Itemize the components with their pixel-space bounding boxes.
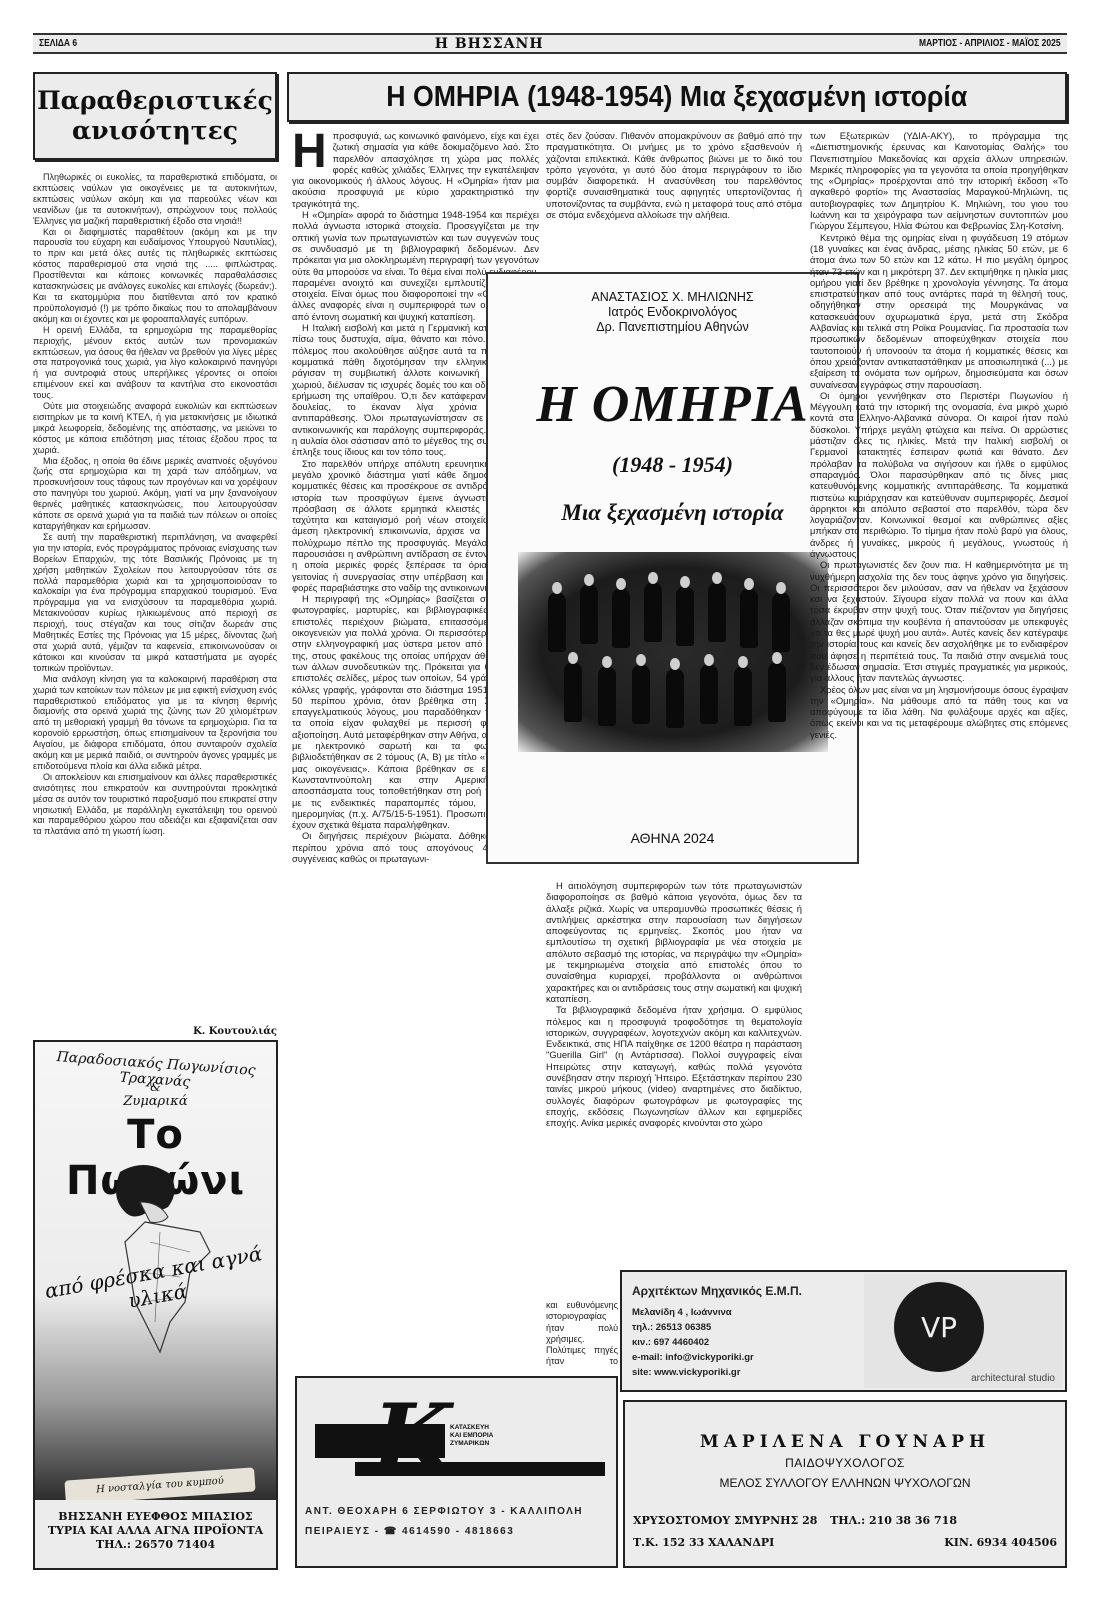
left-title-line1: Παραθεριστικές bbox=[37, 86, 273, 116]
paragraph: Οι πρωταγωνιστές δεν ζουν πια. Η καθημερ… bbox=[810, 559, 1068, 683]
ad-psy-contact: ΧΡΥΣΟΣΤΟΜΟΥ ΣΜΥΡΝΗΣ 28 ΤΗΛ.: 210 38 36 7… bbox=[633, 1510, 1057, 1554]
book-subtitle: Μια ξεχασμένη ιστορία bbox=[488, 500, 857, 526]
vp-logo-icon: VP bbox=[894, 1282, 984, 1372]
newspaper-name: Η ΒΗΣΣΑΝΗ bbox=[435, 36, 544, 52]
book-years: (1948 - 1954) bbox=[488, 452, 857, 478]
paragraph: Ούτε μια στοιχειώδης αναφορά ευκολιών κα… bbox=[33, 401, 277, 456]
paragraph: Τα βιβλιογραφικά δεδομένα ήταν χρήσιμα. … bbox=[546, 1004, 802, 1128]
ad-psy-street: ΧΡΥΣΟΣΤΟΜΟΥ ΣΜΥΡΝΗΣ 28 bbox=[633, 1510, 817, 1532]
paragraph: προσφυγιά, ως κοινωνικό φαινόμενο, είχε … bbox=[292, 130, 539, 209]
issue-date: ΜΑΡΤΙΟΣ - ΑΠΡΙΛΙΟΣ - ΜΑΪΟΣ 2025 bbox=[919, 38, 1061, 49]
book-author-degree: Δρ. Πανεπιστημίου Αθηνών bbox=[488, 320, 857, 335]
main-article-column-3: των Εξωτερικών (ΥΔΙΑ-ΑΚΥ), το πρόγραμμα … bbox=[810, 130, 1068, 1252]
ad-architect-info: Αρχιτέκτων Μηχανικός Ε.Μ.Π. Μελανίδη 4 ,… bbox=[622, 1272, 862, 1390]
ad-architect-mobile: κιν.: 697 4460402 bbox=[632, 1335, 852, 1350]
paragraph: Σε αυτή την παραθεριστική περιπλάνηση, ν… bbox=[33, 532, 277, 674]
drop-cap: Η bbox=[292, 132, 327, 172]
paragraph: Πληθωρικές οι ευκολίες, τα παραθεριστικά… bbox=[33, 172, 277, 227]
ad-architect-phone: τηλ.: 26513 06385 bbox=[632, 1320, 852, 1335]
left-article: Παραθεριστικές ανισότητες Πληθωρικές οι … bbox=[33, 72, 277, 1037]
ad-mill-side-line3: ΖΥΜΑΡΙΚΩΝ bbox=[450, 1440, 493, 1448]
ad-mill-address-line2: ΠΕΙΡΑΙΕΥΣ - ☎ 4614590 - 4818663 bbox=[305, 1522, 613, 1542]
ad-architect-heading: Αρχιτέκτων Μηχανικός Ε.Μ.Π. bbox=[632, 1284, 852, 1299]
main-article-column-2-top: στές δεν ζούσαν. Πιθανόν απομακρύνουν σε… bbox=[546, 130, 802, 260]
book-author-name: ΑΝΑΣΤΑΣΙΟΣ Χ. ΜΗΛΙΩΝΗΣ bbox=[488, 290, 857, 305]
pasta-maker-logo-icon: K ΚΑΤΑΣΚΕΥΗ ΚΑΙ ΕΜΠΟΡΙΑ ΖΥΜΑΡΙΚΩΝ bbox=[315, 1396, 605, 1488]
main-article-title: Η ΟΜΗΡΙΑ (1948-1954) Μια ξεχασμένη ιστορ… bbox=[287, 72, 1067, 122]
main-article-column-2-narrow: και ευθυνόμενης ιστοριογραφίας ήταν πολύ… bbox=[546, 1300, 618, 1368]
ad-footer-line3: ΤΗΛ.: 26570 71404 bbox=[35, 1538, 276, 1552]
ad-mill-address-line1: ΑΝΤ. ΘΕΟΧΑΡΗ 6 ΣΕΡΦΙΩΤΟΥ 3 - ΚΑΛΛΙΠΟΛΗ bbox=[305, 1502, 613, 1522]
ad-footer-line2: ΤΥΡΙΑ ΚΑΙ ΑΛΛΑ ΑΓΝΑ ΠΡΟΪΟΝΤΑ bbox=[35, 1524, 276, 1538]
ad-psy-membership: ΜΕΛΟΣ ΣΥΛΛΟΓΟΥ ΕΛΛΗΝΩΝ ΨΥΧΟΛΟΓΩΝ bbox=[625, 1476, 1065, 1490]
left-article-author: Κ. Κουτουλιάς bbox=[33, 1026, 277, 1037]
paragraph: Και οι διαφημιστές παραθέτουν (ακόμη και… bbox=[33, 227, 277, 325]
ad-line2: & bbox=[35, 1080, 276, 1094]
ad-psy-name: ΜΑΡΙΛΕΝΑ ΓΟΥΝΑΡΗ bbox=[625, 1432, 1065, 1452]
paragraph: των Εξωτερικών (ΥΔΙΑ-ΑΚΥ), το πρόγραμμα … bbox=[810, 130, 1068, 232]
ad-footer-line1: ΒΗΣΣΑΝΗ ΕΥΕΦΘΟΣ ΜΠΑΣΙΟΣ bbox=[35, 1510, 276, 1524]
book-author-block: ΑΝΑΣΤΑΣΙΟΣ Χ. ΜΗΛΙΩΝΗΣ Ιατρός Ενδοκρινολ… bbox=[488, 290, 857, 335]
ad-line3: Ζυμαρικά bbox=[35, 1094, 276, 1109]
ad-architect-tagline: architectural studio bbox=[971, 1373, 1055, 1384]
ad-psychologist[interactable]: ΜΑΡΙΛΕΝΑ ΓΟΥΝΑΡΗ ΠΑΙΔΟΨΥΧΟΛΟΓΟΣ ΜΕΛΟΣ ΣΥ… bbox=[623, 1400, 1067, 1568]
book-title: Η ΟΜΗΡΙΑ bbox=[488, 375, 857, 434]
ad-psy-postal: Τ.Κ. 152 33 ΧΑΛΑΝΔΡΙ bbox=[633, 1532, 774, 1554]
ad-architect-address: Μελανίδη 4 , Ιωάννινα bbox=[632, 1305, 852, 1320]
main-title-text: Η ΟΜΗΡΙΑ (1948-1954) Μια ξεχασμένη ιστορ… bbox=[386, 81, 967, 114]
book-author-title: Ιατρός Ενδοκρινολόγος bbox=[488, 305, 857, 320]
ad-footer: ΒΗΣΣΑΝΗ ΕΥΕΦΘΟΣ ΜΠΑΣΙΟΣ ΤΥΡΙΑ ΚΑΙ ΑΛΛΑ Α… bbox=[35, 1500, 276, 1568]
paragraph: Οι αποκλείουν και επισημαίνουν και άλλες… bbox=[33, 772, 277, 837]
ad-mill-address: ΑΝΤ. ΘΕΟΧΑΡΗ 6 ΣΕΡΦΙΩΤΟΥ 3 - ΚΑΛΛΙΠΟΛΗ Π… bbox=[305, 1502, 613, 1542]
main-article-column-2-bottom: Η αιτιολόγηση συμπεριφορών των τότε πρωτ… bbox=[546, 880, 802, 1300]
page-masthead: ΣΕΛΙΔΑ 6 Η ΒΗΣΣΑΝΗ ΜΑΡΤΙΟΣ - ΑΠΡΙΛΙΟΣ - … bbox=[33, 33, 1067, 54]
paragraph: στές δεν ζούσαν. Πιθανόν απομακρύνουν σε… bbox=[546, 130, 802, 220]
ad-psy-role: ΠΑΙΔΟΨΥΧΟΛΟΓΟΣ bbox=[625, 1456, 1065, 1470]
left-title-line2: ανισότητες bbox=[72, 116, 238, 146]
ad-architect-site[interactable]: site: www.vickyporiki.gr bbox=[632, 1365, 852, 1380]
book-cover-image: ΑΝΑΣΤΑΣΙΟΣ Χ. ΜΗΛΙΩΝΗΣ Ιατρός Ενδοκρινολ… bbox=[486, 272, 859, 864]
ad-architect-email[interactable]: e-mail: info@vickyporiki.gr bbox=[632, 1350, 852, 1365]
ad-pasta-maker[interactable]: K ΚΑΤΑΣΚΕΥΗ ΚΑΙ ΕΜΠΟΡΙΑ ΖΥΜΑΡΙΚΩΝ ΑΝΤ. Θ… bbox=[295, 1376, 618, 1568]
paragraph: Η ορεινή Ελλάδα, τα ερημοχώρια της παραμ… bbox=[33, 325, 277, 401]
paragraph: Μια ανάλογη κίνηση για τα καλοκαιρινή πα… bbox=[33, 674, 277, 772]
group-photo bbox=[518, 552, 828, 752]
ad-architect[interactable]: Αρχιτέκτων Μηχανικός Ε.Μ.Π. Μελανίδη 4 ,… bbox=[620, 1270, 1067, 1392]
paragraph: Οι όμηροι γεννήθηκαν στο Περιστέρι Πωγων… bbox=[810, 390, 1068, 559]
ad-mill-side-line1: ΚΑΤΑΣΚΕΥΗ bbox=[450, 1424, 493, 1432]
paragraph: Χρέος όλων μας είναι να μη λησμονήσουμε … bbox=[810, 684, 1068, 740]
left-article-title: Παραθεριστικές ανισότητες bbox=[33, 72, 277, 160]
paragraph: και ευθυνόμενης ιστοριογραφίας ήταν πολύ… bbox=[546, 1300, 618, 1368]
paragraph: Μια έξοδος, η οποία θα έδινε μερικές ανα… bbox=[33, 456, 277, 532]
ad-psy-phone: ΤΗΛ.: 210 38 36 718 bbox=[830, 1510, 957, 1532]
ad-mill-side-line2: ΚΑΙ ΕΜΠΟΡΙΑ bbox=[450, 1432, 493, 1440]
ad-architect-logo-area: VP architectural studio bbox=[864, 1274, 1063, 1388]
page-number: ΣΕΛΙΔΑ 6 bbox=[39, 38, 77, 49]
left-article-body: Πληθωρικές οι ευκολίες, τα παραθεριστικά… bbox=[33, 172, 277, 1022]
paragraph: Κεντρικό θέμα της ομηρίας είναι η φυγάδε… bbox=[810, 232, 1068, 390]
ad-pogoni-trahanas[interactable]: Παραδοσιακός Πωγωνίσιος Τραχανάς & Ζυμαρ… bbox=[33, 1040, 278, 1570]
book-place-year: ΑΘΗΝΑ 2024 bbox=[488, 830, 857, 846]
ad-psy-mobile: ΚΙΝ. 6934 404506 bbox=[944, 1532, 1057, 1554]
ad-mill-side-text: ΚΑΤΑΣΚΕΥΗ ΚΑΙ ΕΜΠΟΡΙΑ ΖΥΜΑΡΙΚΩΝ bbox=[450, 1424, 493, 1448]
paragraph: Η αιτιολόγηση συμπεριφορών των τότε πρωτ… bbox=[546, 880, 802, 1004]
